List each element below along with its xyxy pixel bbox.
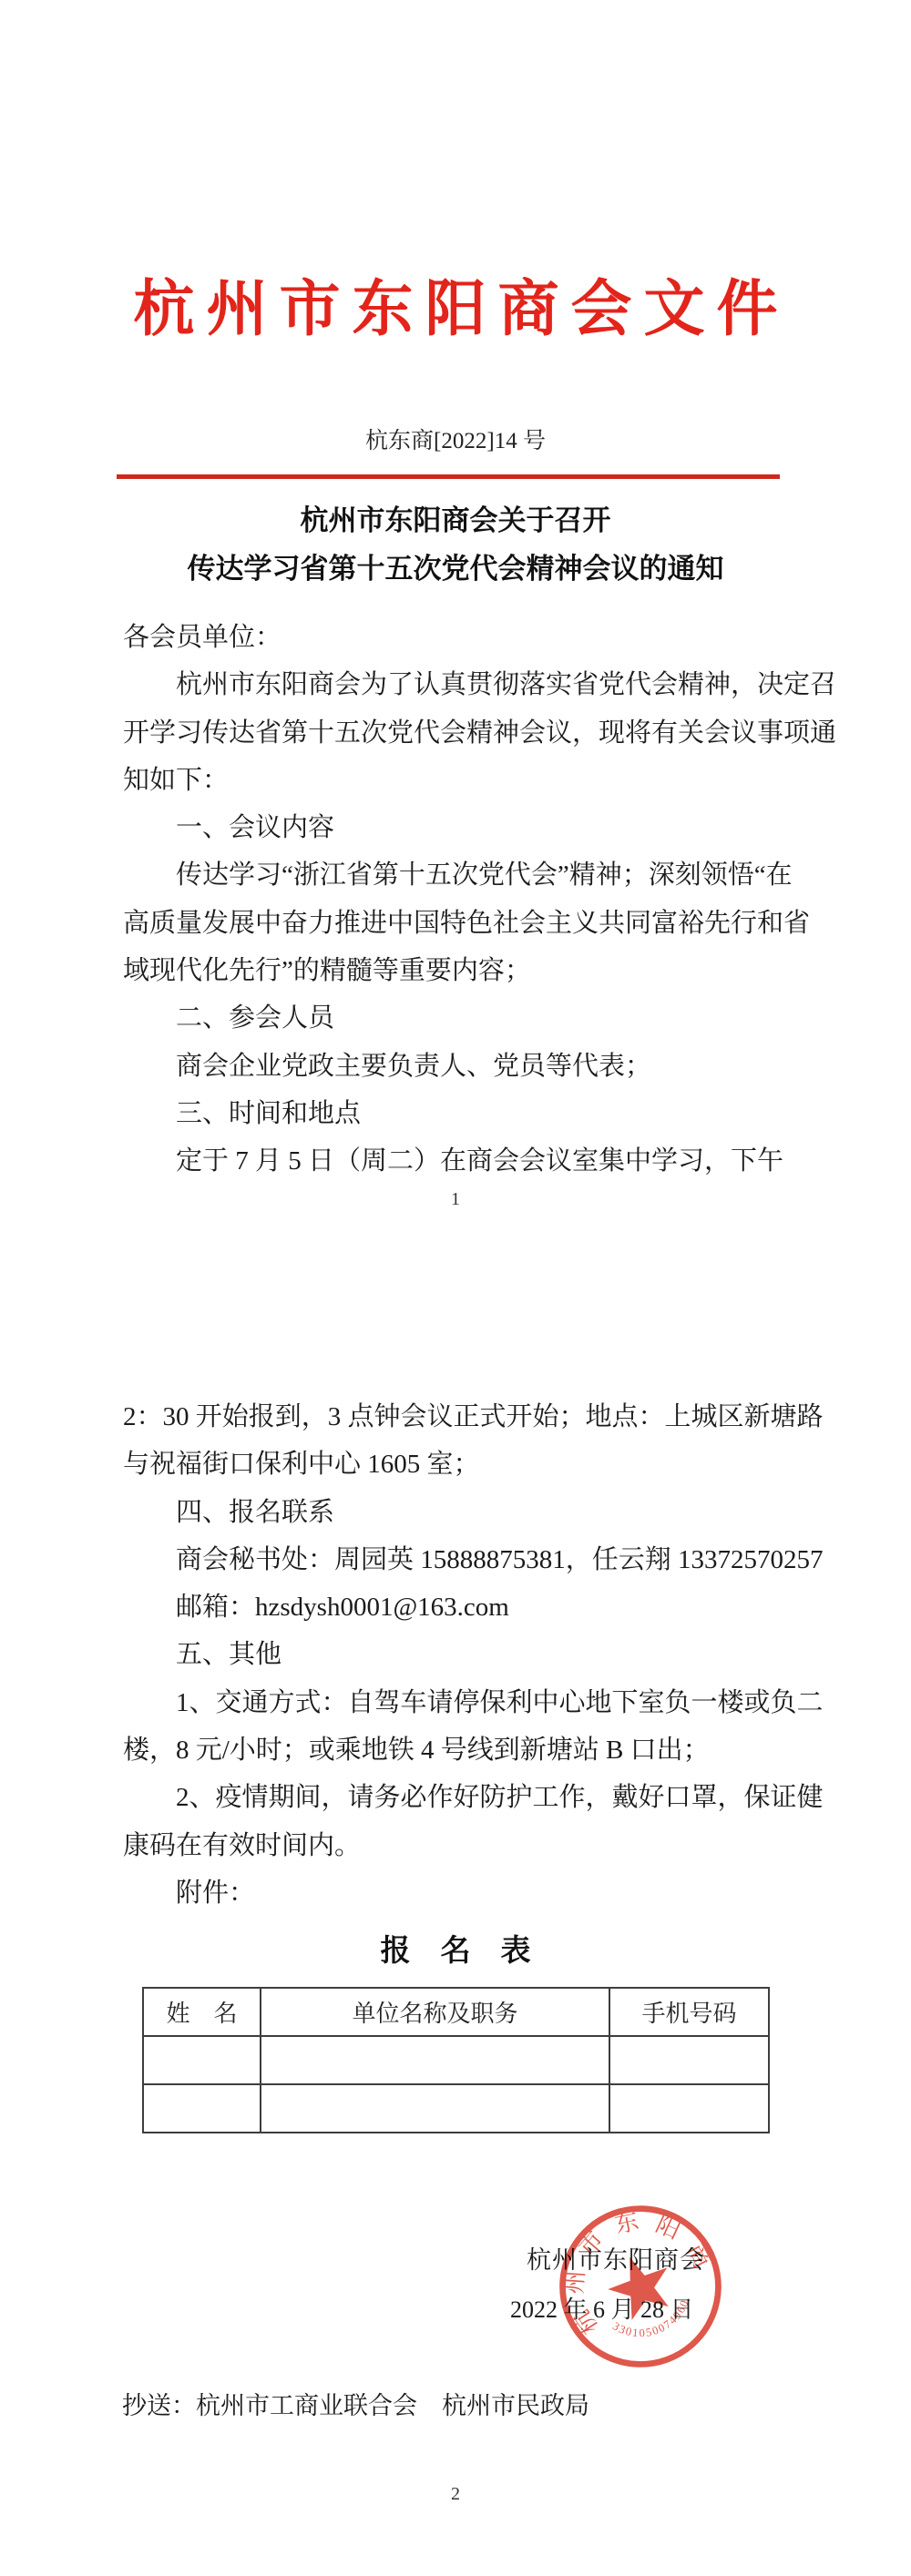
body-line: 2、疫情期间，请务必作好防护工作，戴好口罩，保证健 — [123, 1774, 799, 1821]
body-line: 定于 7 月 5 日（周二）在商会会议室集中学习，下午 — [123, 1137, 799, 1185]
table-cell — [609, 2036, 769, 2084]
page-number-1: 1 — [0, 1189, 911, 1210]
body-line: 开学习传达省第十五次党代会精神会议，现将有关会议事项通 — [123, 709, 799, 757]
body-line: 域现代化先行”的精髓等重要内容； — [123, 947, 799, 994]
body-line: 高质量发展中奋力推进中国特色社会主义共同富裕先行和省 — [123, 900, 799, 947]
document-title-line2: 传达学习省第十五次党代会精神会议的通知 — [0, 545, 911, 593]
body-line: 2：30 开始报到，3 点钟会议正式开始；地点：上城区新塘路 — [123, 1393, 799, 1441]
document-title-line1: 杭州市东阳商会关于召开 — [0, 496, 911, 545]
table-cell — [261, 2084, 609, 2133]
table-cell — [261, 2036, 609, 2084]
body-line: 四、报名联系 — [123, 1489, 799, 1536]
table-cell — [609, 2084, 769, 2133]
body-line: 杭州市东阳商会为了认真贯彻落实省党代会精神，决定召 — [123, 661, 799, 708]
body-line: 商会秘书处：周园英 15888875381，任云翔 13372570257 — [123, 1536, 799, 1583]
body-line: 附件： — [123, 1869, 799, 1917]
table-row — [143, 2036, 769, 2084]
body-line: 邮箱：hzsdysh0001@163.com — [123, 1583, 799, 1631]
table-cell — [143, 2036, 261, 2084]
table-header-row: 姓 名单位名称及职务手机号码 — [143, 1988, 769, 2036]
document-page: 杭州市东阳商会文件 杭东商[2022]14 号 杭州市东阳商会关于召开 传达学习… — [0, 0, 911, 2576]
body-line: 传达学习“浙江省第十五次党代会”精神；深刻领悟“在 — [123, 851, 799, 899]
body-line: 楼，8 元/小时；或乘地铁 4 号线到新塘站 B 口出； — [123, 1726, 799, 1774]
page-number-2: 2 — [0, 2484, 911, 2505]
signup-table: 姓 名单位名称及职务手机号码 — [142, 1987, 770, 2133]
document-header-title: 杭州市东阳商会文件 — [0, 260, 911, 348]
body-line: 五、其他 — [123, 1631, 799, 1678]
page2-body: 2：30 开始报到，3 点钟会议正式开始；地点：上城区新塘路与祝福街口保利中心 … — [123, 1393, 799, 1917]
body-line: 康码在有效时间内。 — [123, 1822, 799, 1869]
attachment-title: 报 名 表 — [0, 1927, 911, 1970]
seal-number-text: 3301050074960 — [608, 2294, 698, 2351]
official-seal: 杭州市东阳商会 3301050074960 — [553, 2199, 728, 2374]
document-number: 杭东商[2022]14 号 — [0, 423, 911, 455]
page1-body: 各会员单位：杭州市东阳商会为了认真贯彻落实省党代会精神，决定召开学习传达省第十五… — [123, 614, 799, 1186]
signup-table-body — [143, 2036, 769, 2133]
body-line: 二、参会人员 — [123, 994, 799, 1042]
body-line: 商会企业党政主要负责人、党员等代表； — [123, 1043, 799, 1090]
red-divider — [117, 474, 780, 479]
body-line: 与祝福街口保利中心 1605 室； — [123, 1441, 799, 1488]
table-cell — [143, 2084, 261, 2133]
cc-line: 抄送：杭州市工商业联合会 杭州市民政局 — [122, 2386, 589, 2421]
table-row — [143, 2084, 769, 2133]
table-header-cell: 姓 名 — [143, 1988, 261, 2036]
body-line: 三、时间和地点 — [123, 1090, 799, 1137]
table-header-cell: 单位名称及职务 — [261, 1988, 609, 2036]
body-line: 各会员单位： — [123, 614, 799, 661]
body-line: 1、交通方式：自驾车请停保利中心地下室负一楼或负二 — [123, 1679, 799, 1726]
body-line: 知如下： — [123, 757, 799, 804]
document-title: 杭州市东阳商会关于召开 传达学习省第十五次党代会精神会议的通知 — [0, 496, 911, 593]
body-line: 一、会议内容 — [123, 804, 799, 851]
table-header-cell: 手机号码 — [609, 1988, 769, 2036]
star-icon — [600, 2246, 681, 2325]
